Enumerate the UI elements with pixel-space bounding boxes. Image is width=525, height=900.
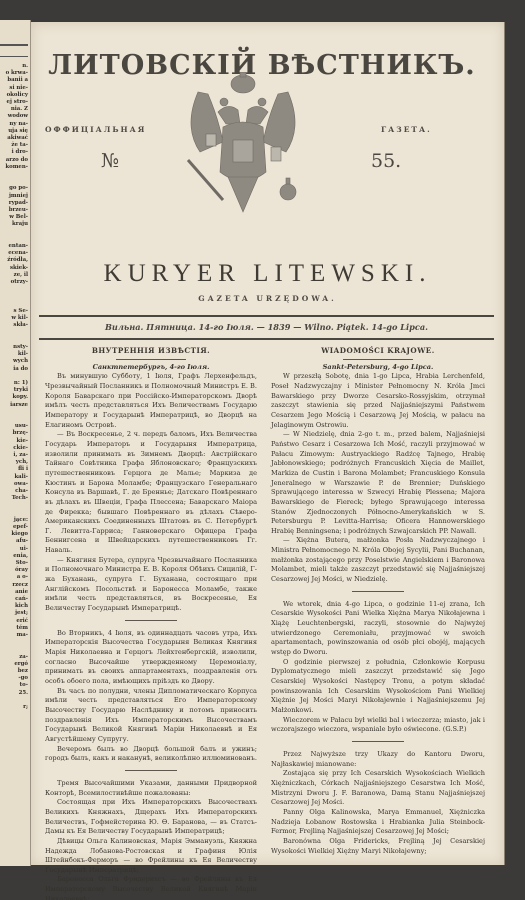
article-paragraph: O godzinie pierwszej z południa, Członko… — [271, 658, 485, 716]
section-rule — [343, 359, 413, 360]
masthead-subtitle-polish: GAZETA URZĘDOWA. — [31, 294, 504, 303]
article-paragraph: — Княгиня Бутера, супруга Чрезвычайнаго … — [45, 556, 257, 614]
article-paragraph: Въ часъ по полудни, члены Дипломатическа… — [45, 687, 257, 745]
previous-page-fragment: w kil- — [0, 315, 30, 322]
issue-number-value: 55. — [371, 150, 401, 172]
previous-page-fragment: wodow — [0, 113, 30, 120]
previous-page-fragment: óray — [0, 567, 30, 574]
previous-page-fragment: rzecz — [0, 582, 30, 589]
previous-page-fragment — [0, 502, 30, 509]
previous-page-fragment — [0, 286, 30, 293]
previous-page-fragment: w Bel- — [0, 214, 30, 221]
section-title: ВНУТРЕННІЯ ИЗВѢСТІЯ. — [45, 346, 257, 356]
previous-page-fragment: ckie- — [0, 445, 30, 452]
article-paragraph: W przeszłą Sobotę, dnia 1-go Lipca, Hrab… — [271, 372, 485, 430]
previous-page-fragment: że ta- — [0, 142, 30, 149]
previous-page-fragment: uja się — [0, 128, 30, 135]
right-column-polish: WIADOMOŚCI KRAJOWE. Sankt-Petersburg, 4-… — [271, 344, 485, 856]
previous-page-fragment: afu- — [0, 538, 30, 545]
previous-page-fragment: nia. Z — [0, 106, 30, 113]
previous-page-fragment: ze, il — [0, 272, 30, 279]
previous-page-fragment — [0, 294, 30, 301]
article-separator — [352, 741, 404, 742]
previous-page-fragment: otrzy- — [0, 279, 30, 286]
previous-page-fragment: kraju — [0, 221, 30, 228]
previous-page-fragment: fli i — [0, 466, 30, 473]
previous-page-fragment: kiego — [0, 531, 30, 538]
previous-page-fragment: erić — [0, 618, 30, 625]
previous-page-fragment: tém — [0, 625, 30, 632]
previous-page-fragment: banii a — [0, 77, 30, 84]
previous-page-fragment — [0, 646, 30, 653]
previous-page-fragment: Tech- — [0, 495, 30, 502]
previous-page-fragment: iarsze — [0, 402, 30, 409]
previous-page-fragment: 25. — [0, 690, 30, 697]
previous-page-fragment: cań- — [0, 596, 30, 603]
article-paragraph: — Xiężna Butera, małżonka Posła Nadzwycz… — [271, 536, 485, 584]
previous-page-rule — [0, 44, 28, 46]
previous-page-fragment: bez — [0, 668, 30, 675]
previous-page-fragment: enia, — [0, 553, 30, 560]
previous-page-fragment: kie- — [0, 438, 30, 445]
article-paragraph: Тремя Высочайшими Указами, данными Придв… — [45, 779, 257, 798]
previous-page-fragment: brzeu- — [0, 207, 30, 214]
previous-page-fragment — [0, 416, 30, 423]
previous-page-fragment: źródła, — [0, 257, 30, 264]
previous-page-fragment: cha- — [0, 488, 30, 495]
masthead-title-polish: KURYER LITEWSKI. — [31, 260, 504, 288]
previous-page-fragment: komen- — [0, 164, 30, 171]
section-rule — [116, 359, 186, 360]
previous-page-fragment: skła- — [0, 322, 30, 329]
previous-page-edge: n.o krwa-banii asi nie-okolicyej stro-ni… — [0, 20, 31, 866]
previous-page-fragment: s Se- — [0, 308, 30, 315]
previous-page-fragment: arzo do — [0, 157, 30, 164]
double-headed-eagle-icon — [178, 72, 308, 222]
previous-page-fragment: ych, — [0, 459, 30, 466]
previous-page-fragment: ia do — [0, 366, 30, 373]
previous-page-fragment: entan- — [0, 243, 30, 250]
previous-page-fragment — [0, 178, 30, 185]
previous-page-fragment: kich — [0, 603, 30, 610]
masthead-subtitle-left: ОФФИЦІАЛЬНАЯ — [45, 125, 146, 134]
previous-page-fragment — [0, 510, 30, 517]
article-paragraph: Zostająca się przy Ich Cesarskich Wysoko… — [271, 769, 485, 808]
article-separator — [352, 591, 404, 592]
previous-page-fragment: brzę- — [0, 430, 30, 437]
article-paragraph: Вечеромъ былъ во Дворцѣ большой балъ и у… — [45, 745, 257, 764]
previous-page-fragment — [0, 337, 30, 344]
section-title: WIADOMOŚCI KRAJOWE. — [271, 346, 485, 356]
article-paragraph: Баронесса Ольга Фридерихсъ — во Фрейлины… — [45, 875, 257, 900]
dateline-rule — [39, 338, 494, 340]
previous-page-fragment: n: 1) — [0, 380, 30, 387]
dateline-rule — [39, 315, 494, 317]
previous-page-fragment: za- — [0, 654, 30, 661]
previous-page-fragment — [0, 639, 30, 646]
previous-page-fragment — [0, 697, 30, 704]
previous-page-fragment: kali- — [0, 474, 30, 481]
previous-page-fragment: jące: — [0, 517, 30, 524]
previous-page-fragment: jest; — [0, 610, 30, 617]
article-separator — [125, 620, 177, 621]
previous-page-fragment: ergó — [0, 661, 30, 668]
previous-page-fragment: o krwa- — [0, 70, 30, 77]
article-paragraph: We wtorek, dnia 4-go Lipca, o godzinie 1… — [271, 600, 485, 658]
article-paragraph: — Въ Воскресенье, 2 ч. передъ баломъ, Их… — [45, 430, 257, 556]
previous-page-fragment: nsty- — [0, 344, 30, 351]
previous-page-fragment — [0, 229, 30, 236]
article-paragraph: Состоящая при Ихъ Императорскихъ Высочес… — [45, 798, 257, 837]
article-paragraph: Panny Olga Kalinowska, Marya Emmanuel, X… — [271, 808, 485, 837]
previous-page-fragment: rypad- — [0, 200, 30, 207]
left-column-russian: ВНУТРЕННІЯ ИЗВѢСТІЯ. Санктпетербургъ, 4-… — [45, 344, 257, 900]
previous-page-fragment: epef- — [0, 524, 30, 531]
previous-page-fragment — [0, 409, 30, 416]
previous-page-fragment: ma- — [0, 632, 30, 639]
previous-page-fragment: go po- — [0, 185, 30, 192]
previous-page-fragment — [0, 301, 30, 308]
previous-page-fragment: n. — [0, 63, 30, 70]
previous-page-fragment: i, za- — [0, 452, 30, 459]
article-paragraph: Baronówna Olga Fridericks, Frejliną Jej … — [271, 837, 485, 856]
previous-page-fragment: usu- — [0, 423, 30, 430]
article-paragraph: Wieczorem w Pałacu był wielki bal i wiec… — [271, 716, 485, 735]
article-paragraph: Въ минувшую Субботу, 1 Іюля, Графъ Лерхе… — [45, 372, 257, 430]
previous-page-fragment: ej stro- — [0, 99, 30, 106]
previous-page-fragment — [0, 171, 30, 178]
newspaper-page: ЛИТОВСКІЙ ВѢСТНИКЪ. ОФФИЦІАЛЬНАЯ ГАЗЕТА.… — [31, 22, 505, 865]
previous-page-fragment: owa- — [0, 481, 30, 488]
masthead-subtitle-right: ГАЗЕТА. — [381, 125, 432, 134]
previous-page-fragment: okolicy — [0, 92, 30, 99]
article-place-date: Sankt-Petersburg, 4-go Lipca. — [271, 363, 485, 373]
previous-page-fragment: r; — [0, 704, 30, 711]
previous-page-fragment — [0, 236, 30, 243]
dateline: Вильна. Пятница. 14-го Іюля. — 1839 — Wi… — [39, 322, 494, 332]
previous-page-rule — [0, 56, 28, 57]
previous-page-fragment: skiek- — [0, 265, 30, 272]
previous-page-fragment: tryki — [0, 387, 30, 394]
previous-page-fragment: jmniej — [0, 193, 30, 200]
article-paragraph: — W Niedzielę, dnia 2-go t. m., przed ba… — [271, 430, 485, 536]
previous-page-fragment: anie — [0, 589, 30, 596]
previous-page-fragment: kil- — [0, 351, 30, 358]
previous-page-fragment: to- — [0, 682, 30, 689]
article-place-date: Санктпетербургъ, 4-го Іюля. — [45, 363, 257, 373]
previous-page-fragment: ny na- — [0, 121, 30, 128]
article-separator — [125, 770, 177, 771]
previous-page-fragment: -go — [0, 675, 30, 682]
previous-page-fragment: wych — [0, 358, 30, 365]
previous-page-text-fragments: n.o krwa-banii asi nie-okolicyej stro-ni… — [0, 63, 30, 711]
previous-page-fragment — [0, 373, 30, 380]
previous-page-fragment: a o- — [0, 574, 30, 581]
previous-page-fragment: akiwać — [0, 135, 30, 142]
issue-number-label: № — [101, 150, 119, 172]
previous-page-fragment: kopy. — [0, 394, 30, 401]
article-paragraph: Во Вторникъ, 4 Іюля, въ одиннадцать часо… — [45, 629, 257, 687]
previous-page-fragment: si nie- — [0, 85, 30, 92]
previous-page-fragment: i dro- — [0, 149, 30, 156]
previous-page-fragment: ui- — [0, 546, 30, 553]
article-paragraph: Дѣвицы Ольга Калиновская, Марія Эммануэл… — [45, 837, 257, 876]
previous-page-fragment — [0, 330, 30, 337]
article-paragraph: Przez Najwyższe trzy Ukazy do Kantoru Dw… — [271, 750, 485, 769]
